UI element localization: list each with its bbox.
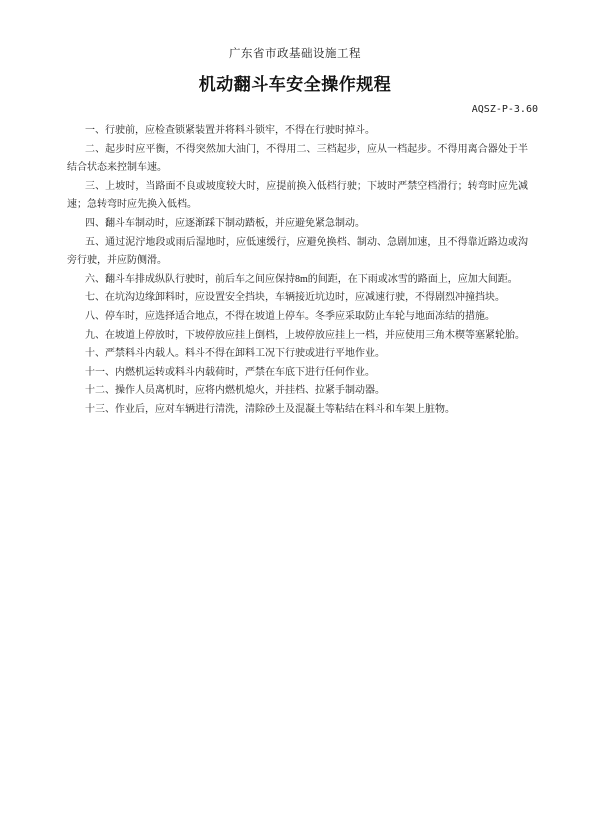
procedure-item: 十二、操作人员离机时，应将内燃机熄火，并挂档、拉紧手制动器。 xyxy=(67,382,528,401)
procedure-item: 九、在坡道上停放时，下坡停放应挂上倒档，上坡停放应挂上一档，并应使用三角木楔等塞… xyxy=(67,327,528,346)
procedure-item: 四、翻斗车制动时，应逐渐踩下制动踏板，并应避免紧急制动。 xyxy=(67,215,528,234)
procedure-item: 八、停车时，应选择适合地点，不得在坡道上停车。冬季应采取防止车轮与地面冻结的措施… xyxy=(67,308,528,327)
procedure-item: 五、通过泥泞地段或雨后湿地时，应低速缓行，应避免换档、制动、急剧加速，且不得靠近… xyxy=(67,234,528,271)
organization-heading: 广东省市政基础设施工程 xyxy=(0,0,590,61)
procedure-item: 十一、内燃机运转或料斗内载荷时，严禁在车底下进行任何作业。 xyxy=(67,364,528,383)
procedure-list: 一、行驶前，应检查锁紧装置并将料斗锁牢，不得在行驶时掉斗。二、起步时应平衡，不得… xyxy=(67,122,528,420)
document-page: 广东省市政基础设施工程 机动翻斗车安全操作规程 AQSZ-P-3.60 一、行驶… xyxy=(0,0,590,835)
document-code: AQSZ-P-3.60 xyxy=(0,104,590,115)
procedure-item: 十、严禁料斗内载人。料斗不得在卸料工况下行驶或进行平地作业。 xyxy=(67,345,528,364)
procedure-item: 三、上坡时，当路面不良或坡度较大时，应提前换入低档行驶；下坡时严禁空档滑行；转弯… xyxy=(67,178,528,215)
page-title: 机动翻斗车安全操作规程 xyxy=(0,70,590,95)
procedure-item: 十三、作业后，应对车辆进行清洗，清除砂土及混凝土等粘结在料斗和车架上脏物。 xyxy=(67,401,528,420)
procedure-item: 六、翻斗车排成纵队行驶时，前后车之间应保持8m的间距，在下雨或冰雪的路面上，应加… xyxy=(67,271,528,290)
procedure-item: 七、在坑沟边缘卸料时，应设置安全挡块，车辆接近坑边时，应减速行驶，不得剧烈冲撞挡… xyxy=(67,289,528,308)
procedure-item: 二、起步时应平衡，不得突然加大油门，不得用二、三档起步，应从一档起步。不得用离合… xyxy=(67,141,528,178)
procedure-item: 一、行驶前，应检查锁紧装置并将料斗锁牢，不得在行驶时掉斗。 xyxy=(67,122,528,141)
